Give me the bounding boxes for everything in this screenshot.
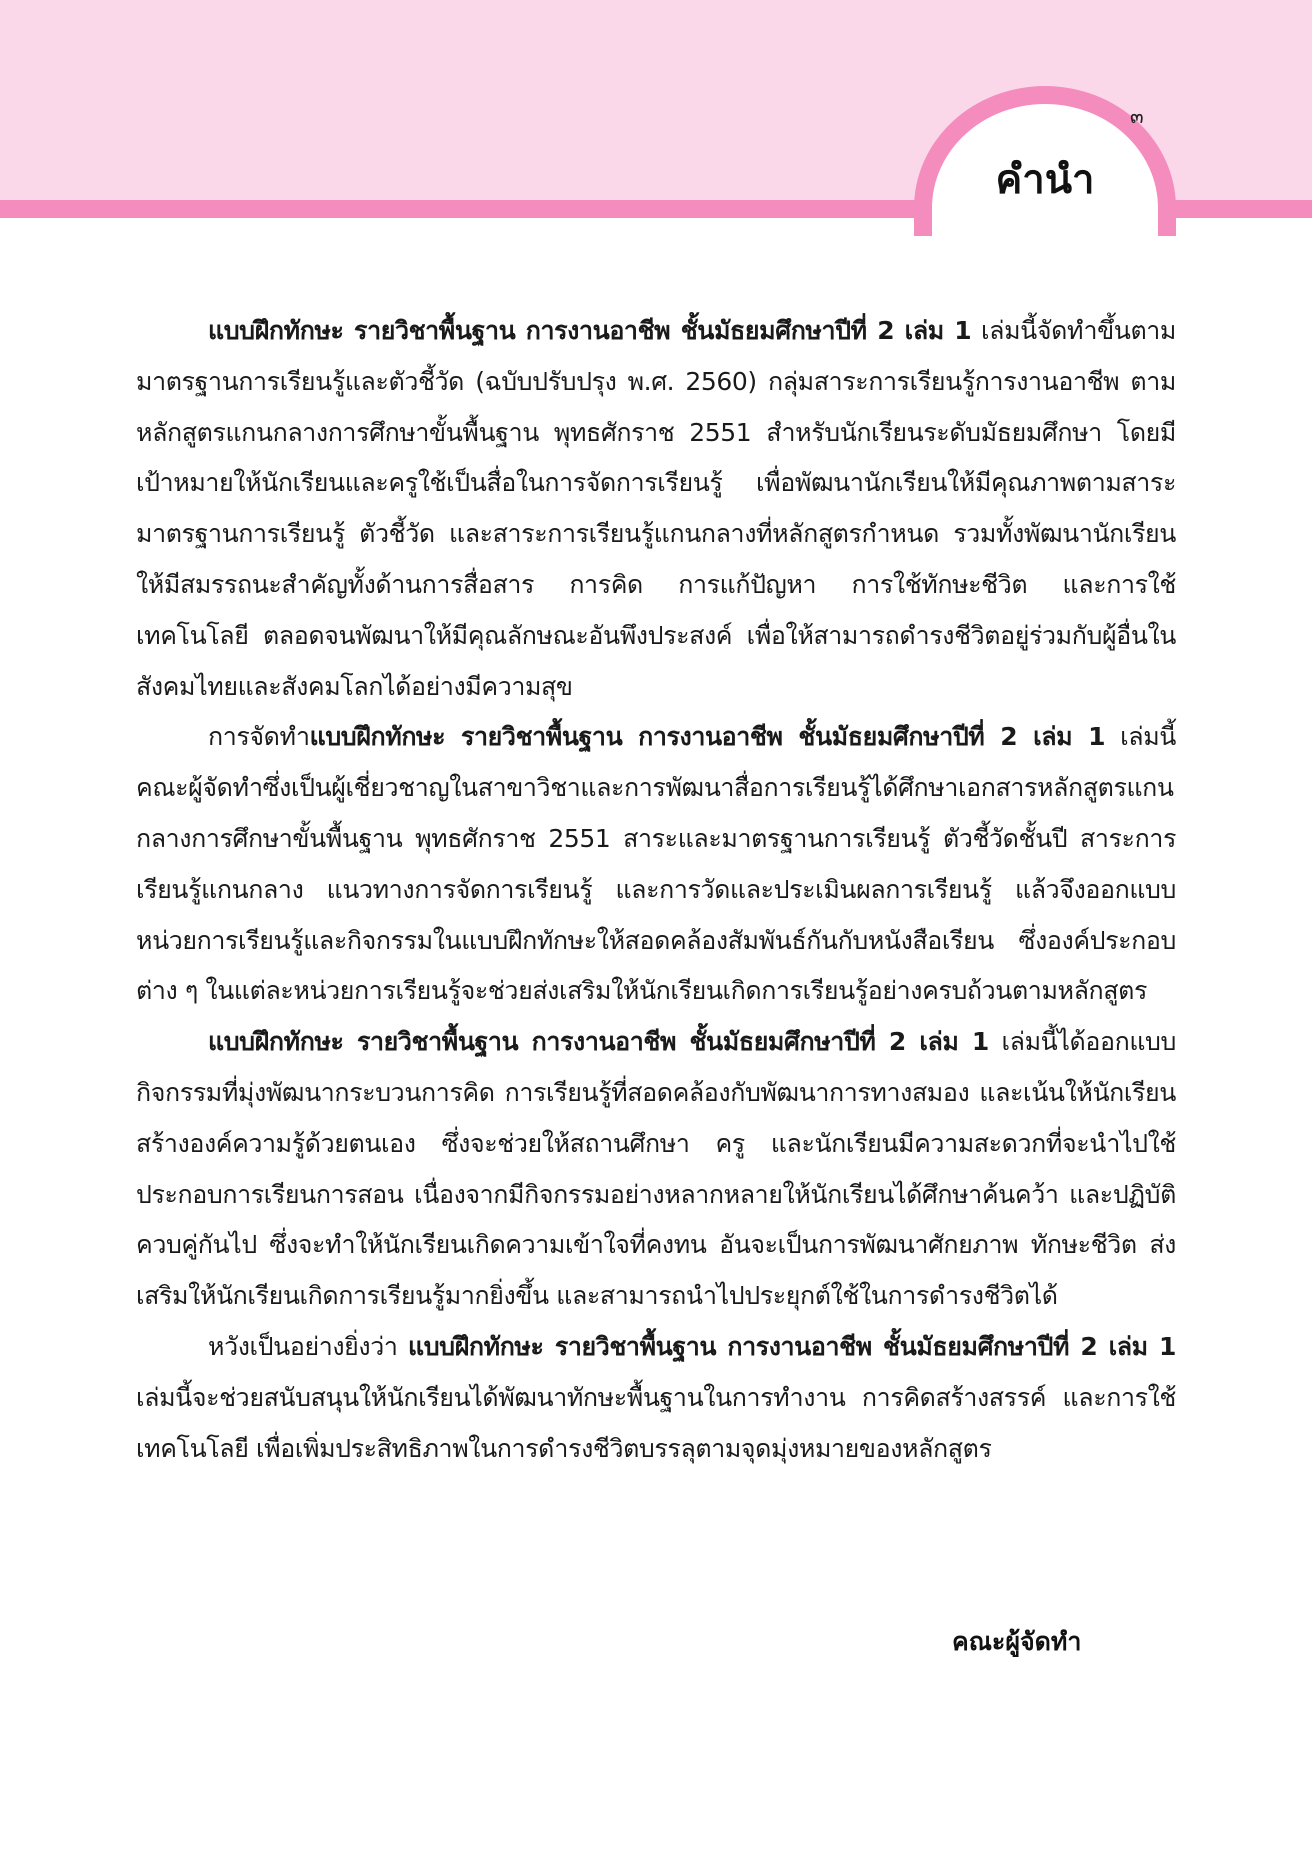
paragraph-text: การจัดทำ: [208, 722, 310, 751]
paragraph-text: เล่มนี้ได้ออกแบบกิจกรรมที่มุ่งพัฒนากระบว…: [136, 1027, 1176, 1310]
paragraph-text: เล่มนี้จะช่วยสนับสนุนให้นักเรียนได้พัฒนา…: [136, 1383, 1176, 1463]
signature: คณะผู้จัดทำ: [952, 1622, 1081, 1662]
book-title-ref: แบบฝึกทักษะ รายวิชาพื้นฐาน การงานอาชีพ ช…: [408, 1332, 1176, 1361]
paragraph-1: แบบฝึกทักษะ รายวิชาพื้นฐาน การงานอาชีพ ช…: [136, 306, 1176, 712]
book-title-ref: แบบฝึกทักษะ รายวิชาพื้นฐาน การงานอาชีพ ช…: [208, 316, 971, 345]
paragraph-text: เล่มนี้จัดทำขึ้นตามมาตรฐานการเรียนรู้และ…: [136, 316, 1176, 701]
paragraph-text: หวังเป็นอย่างยิ่งว่า: [208, 1332, 408, 1361]
paragraph-text: เล่มนี้ คณะผู้จัดทำซึ่งเป็นผู้เชี่ยวชาญใ…: [136, 722, 1176, 1005]
page-number: ๓: [1130, 100, 1144, 132]
page-title: คำนำ: [932, 160, 1158, 200]
paragraph-2: การจัดทำแบบฝึกทักษะ รายวิชาพื้นฐาน การงา…: [136, 712, 1176, 1017]
paragraph-3: แบบฝึกทักษะ รายวิชาพื้นฐาน การงานอาชีพ ช…: [136, 1017, 1176, 1322]
book-title-ref: แบบฝึกทักษะ รายวิชาพื้นฐาน การงานอาชีพ ช…: [310, 722, 1105, 751]
book-title-ref: แบบฝึกทักษะ รายวิชาพื้นฐาน การงานอาชีพ ช…: [208, 1027, 989, 1056]
paragraph-4: หวังเป็นอย่างยิ่งว่า แบบฝึกทักษะ รายวิชา…: [136, 1322, 1176, 1474]
preface-body: แบบฝึกทักษะ รายวิชาพื้นฐาน การงานอาชีพ ช…: [136, 306, 1176, 1474]
